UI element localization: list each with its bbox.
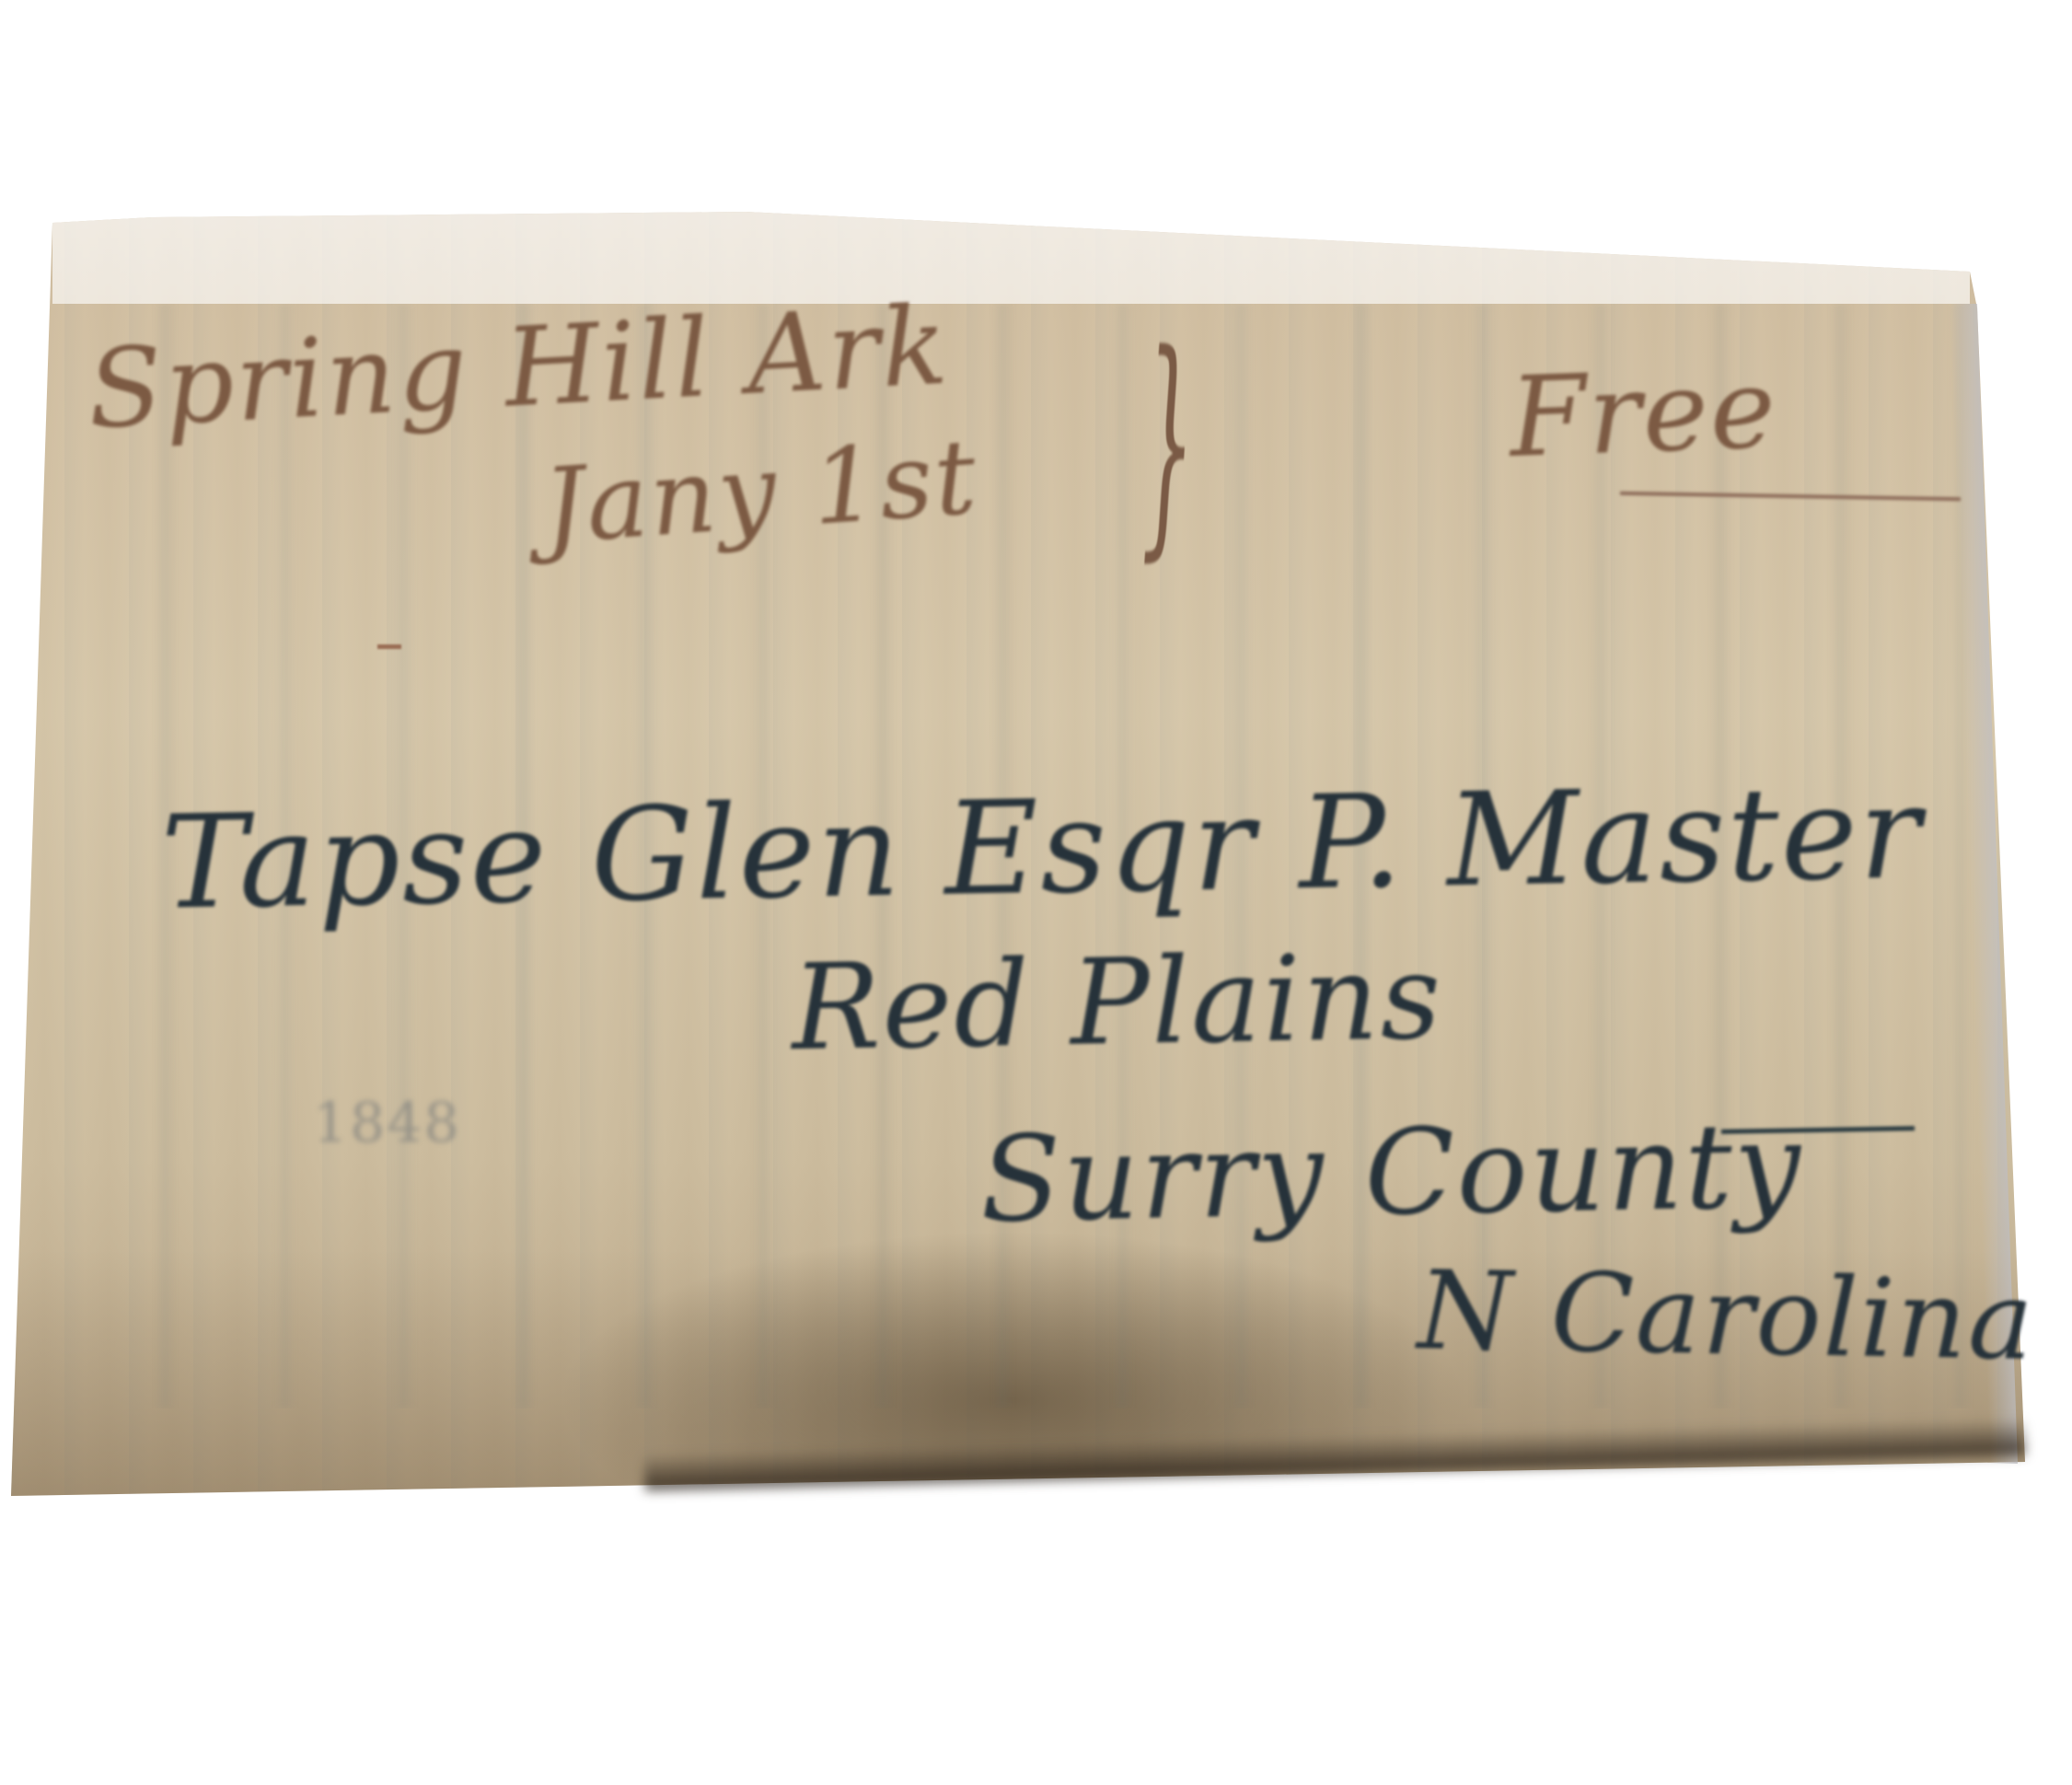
- address-town: Red Plains: [791, 929, 1444, 1077]
- pencil-year-note: 1848: [313, 1091, 461, 1155]
- envelope-cover: Spring Hill Ark Jany 1st } Free Tapse Gl…: [0, 0, 2072, 1785]
- ink-mark: [377, 644, 401, 649]
- brace-flourish-icon: }: [1141, 304, 1196, 582]
- address-county: Surry County: [979, 1097, 1804, 1249]
- addressee-name: Tapse Glen Esqr P. Master: [160, 758, 1924, 938]
- address-state: N Carolina: [1417, 1246, 2036, 1385]
- rate-marking: Free: [1508, 345, 1779, 482]
